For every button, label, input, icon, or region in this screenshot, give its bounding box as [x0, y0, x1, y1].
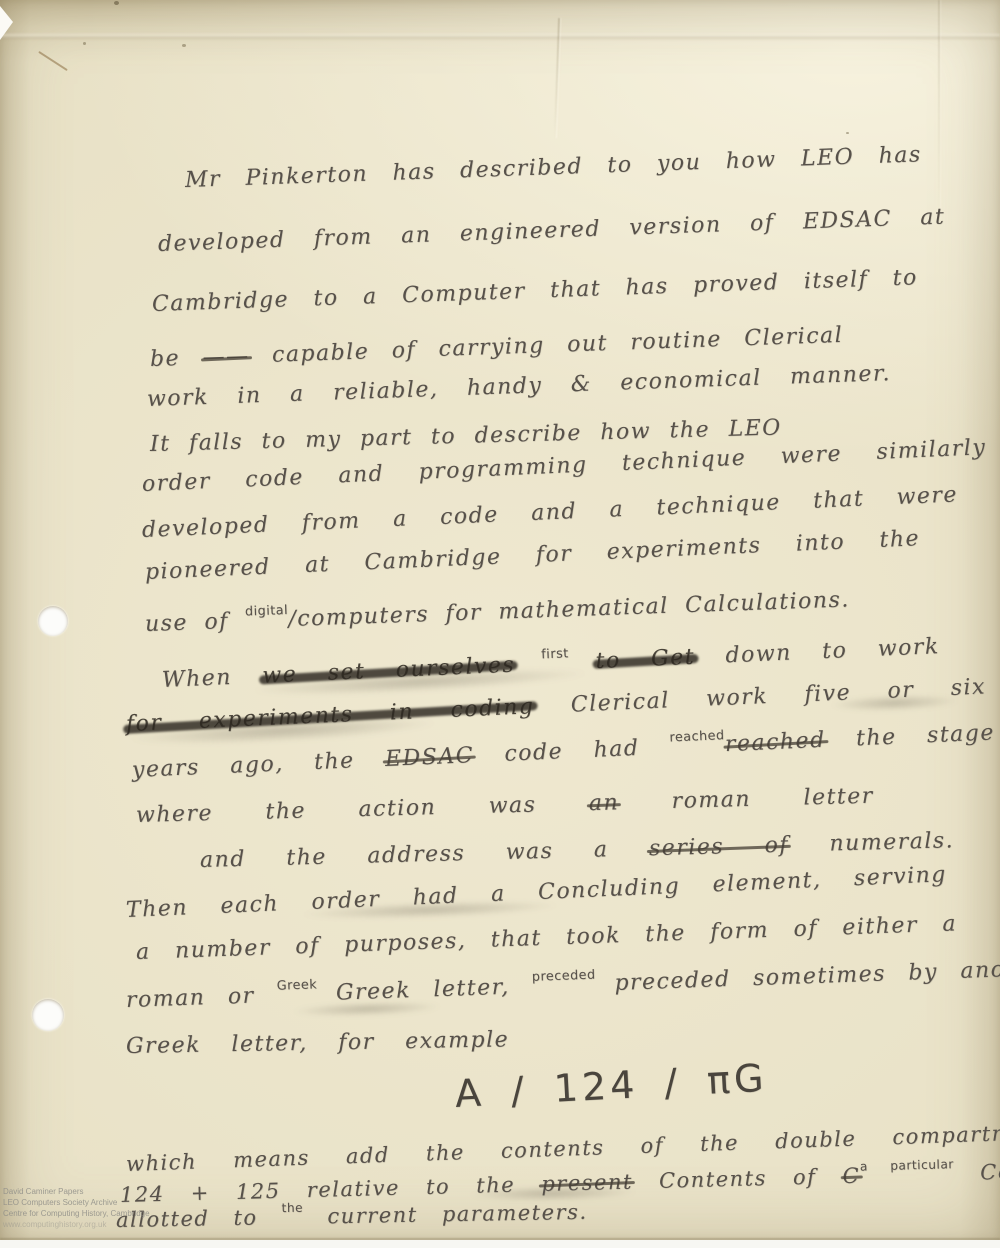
- torn-corner: [0, 6, 13, 40]
- inserted-text: digital: [245, 603, 289, 619]
- paper-speck: [846, 132, 849, 134]
- paper-speck: [114, 1, 119, 5]
- scribbled-out-text: to Get: [595, 645, 696, 674]
- struck-text: an: [589, 790, 620, 816]
- scanned-manuscript-page: Mr Pinkerton has described to you how LE…: [0, 0, 1000, 1248]
- watermark-line: David Caminer Papers: [3, 1186, 203, 1197]
- paper-speck: [182, 44, 186, 47]
- scan-bottom-strip: [0, 1240, 1000, 1248]
- struck-text: present: [541, 1170, 633, 1196]
- inserted-text: reached: [669, 728, 725, 745]
- archive-watermark: David Caminer PapersLEO Computers Societ…: [3, 1186, 203, 1230]
- horizontal-crease: [0, 34, 1000, 39]
- handwritten-text: numerals.: [789, 828, 955, 857]
- vertical-crease: [938, 0, 940, 220]
- inserted-text: preceded: [532, 967, 615, 985]
- watermark-line: www.computinghistory.org.uk: [3, 1219, 203, 1230]
- struck-text: C: [842, 1164, 860, 1188]
- struck-text: series of: [649, 833, 790, 862]
- handwritten-text: Compartment.: [954, 1156, 1000, 1185]
- hole-punch-top: [38, 606, 68, 636]
- watermark-line: Centre for Computing History, Cambridge: [3, 1208, 203, 1219]
- struck-text: EDSAC: [385, 743, 475, 772]
- watermark-line: LEO Computers Society Archive: [3, 1197, 203, 1208]
- struck-text: ——: [202, 344, 250, 371]
- handwritten-text: use of: [145, 609, 246, 637]
- struck-text: reached: [724, 728, 826, 757]
- inserted-text: Greek: [276, 977, 335, 994]
- hole-punch-bottom: [32, 999, 64, 1031]
- inserted-text: first: [514, 645, 595, 663]
- handwritten-text: current parameters.: [303, 1200, 588, 1229]
- inserted-text: the: [281, 1201, 303, 1215]
- paper-speck: [83, 42, 86, 45]
- inserted-text: a particular: [860, 1158, 954, 1174]
- handwritten-text: roman or: [126, 983, 278, 1013]
- handwritten-text: When: [161, 664, 262, 693]
- handwritten-text: be: [150, 345, 203, 372]
